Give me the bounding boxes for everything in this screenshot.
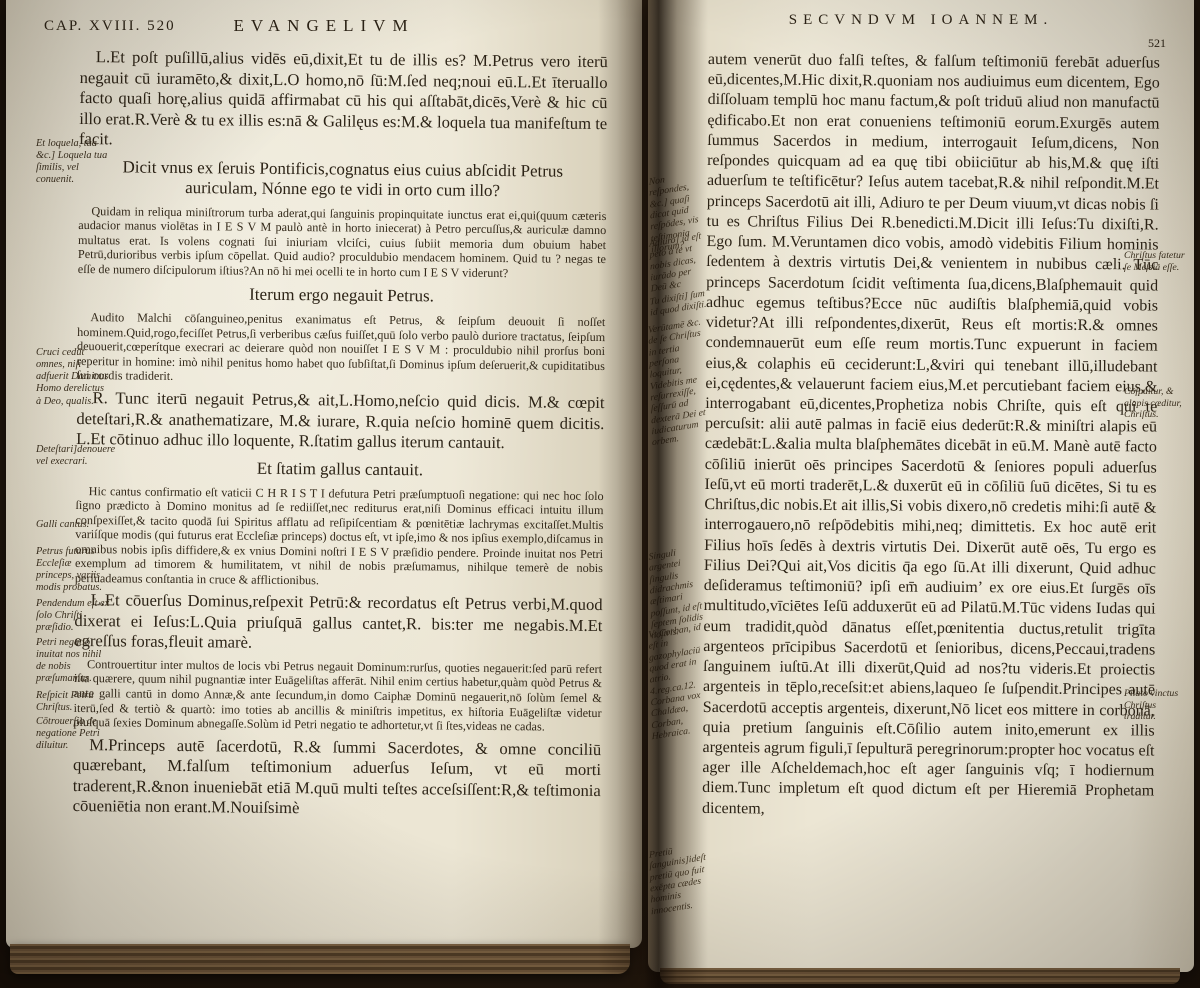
gutter-note: Verūtamē &c. de ſe Chriſtus in tertia pe… (648, 316, 710, 449)
gospel-paragraph: L.Et poſt puſillū,alius vidēs eū,dixit,E… (79, 47, 608, 155)
section-heading: Iterum ergo negauit Petrus. (91, 284, 591, 309)
margin-note: Galli cantus. (36, 519, 110, 531)
margin-note: Chriſtus fatetur ſe Meſsiā eſſe. (1124, 250, 1190, 273)
gospel-paragraph: L.Et cōuerſus Dominus,reſpexit Petrū:& r… (74, 590, 603, 657)
left-page: CAP. XVIII. 520 EVANGELIVM L.Et poſt puſ… (6, 0, 642, 948)
section-heading: Et ſtatim gallus cantauit. (90, 457, 590, 482)
page-stack-edge (660, 968, 1180, 984)
margin-note: Et loquela, tua &c.] Loquela tua ſimilis… (36, 138, 110, 187)
gutter-note: Vt Corban, id eſt in gazophylaciū quod e… (648, 621, 710, 743)
margin-note: Petrus futurus Eccleſiæ princeps, variis… (36, 546, 110, 595)
running-title-right: SECVNDVM IOANNEM. (648, 12, 1194, 29)
margin-note: Pendendum eſt ex ſolo Chriſti præſidio. (36, 598, 110, 634)
right-text-column: autem venerūt duo falſi teſtes, & falſum… (702, 50, 1160, 822)
left-text-column: L.Et poſt puſillū,alius vidēs eū,dixit,E… (73, 42, 608, 827)
gospel-paragraph: autem venerūt duo falſi teſtes, & falſum… (702, 50, 1160, 822)
section-heading: Dicit vnus ex ſeruis Pontificis,cognatus… (93, 157, 593, 202)
margin-note: Petri negatio inuitat nos nihil de nobis… (36, 637, 110, 686)
margin-note: Reſpicit Petrū Chriſtus. (36, 690, 110, 714)
commentary-paragraph: Audito Malchi cōſanguineo,penitus exanim… (77, 310, 606, 388)
gospel-paragraph: M.Princeps autē ſacerdotū, R.& ſummi Sac… (73, 734, 602, 821)
margin-note: Pilato vinctus Chriſtus traditur. (1124, 688, 1190, 723)
commentary-paragraph: Hic cantus confirmatio eſt vaticii C H R… (75, 484, 604, 591)
margin-note: Cōſpuitur, & alapis cæditur, Chriſtus. (1124, 386, 1190, 421)
margin-note: Cruci cedūt omnes, niſi adfuerit Dominus… (36, 347, 110, 408)
margin-note: Deteſtari]denouere vel execrari. (36, 444, 110, 468)
gospel-paragraph: R. Tunc iterū negauit Petrus,& ait,L.Hom… (76, 388, 605, 455)
page-stack-edge (10, 944, 630, 974)
commentary-paragraph: Controuertitur inter multos de locis vbi… (73, 657, 602, 735)
gutter-note: Adiuro] id eſt peto à te vt nobis dicas,… (649, 230, 709, 295)
running-title-left: EVANGELIVM (6, 16, 642, 36)
right-page: SECVNDVM IOANNEM. 521 autem venerūt duo … (648, 0, 1194, 972)
gutter-note: Pretiū ſanguinis]ideſt pretiū quo fuit e… (649, 841, 709, 918)
margin-note: Cōtrouerſia de negatione Petri diluitur. (36, 716, 110, 752)
page-number: 521 (1148, 36, 1166, 51)
commentary-paragraph: Quidam in reliqua miniſtrorum turba ader… (78, 204, 607, 282)
book-photo: CAP. XVIII. 520 EVANGELIVM L.Et poſt puſ… (0, 0, 1200, 988)
